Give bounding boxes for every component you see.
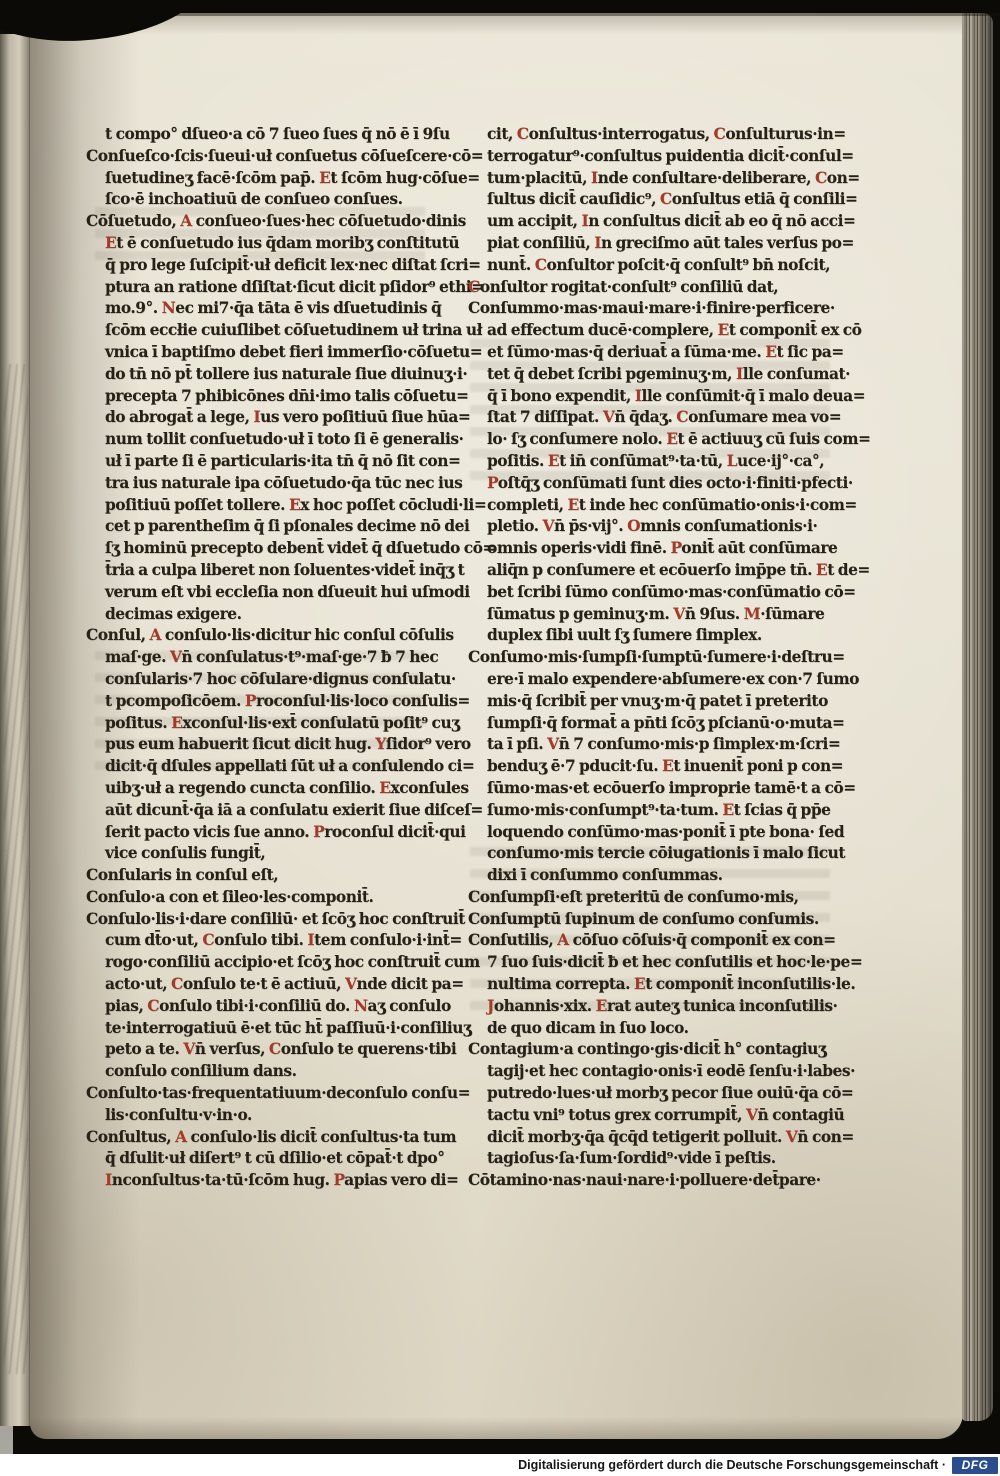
text-segment: onſulo tibi·i·conſiliū do. xyxy=(159,997,354,1015)
text-line: Conſultus, A conſulo·lis dicit̄ conſultu… xyxy=(86,1127,464,1149)
footer-credit-text: Digitalisierung gefördert durch die Deut… xyxy=(518,1458,946,1472)
text-line: 7 ſuo ſuis·dicit̄ ƀ et hec conſutilis et… xyxy=(468,952,846,974)
text-segment: t inde hec conſūmatio·onis·i·com= xyxy=(579,496,857,514)
rubricated-letter: P xyxy=(313,823,324,841)
text-segment: terrogatur⁹·conſultus puidentia dicit̄·c… xyxy=(487,147,854,165)
text-line: mis·q̄ ſcribit̄ per vnuʒ·m·q̄ patet ī pr… xyxy=(468,691,846,713)
text-segment: ſuetudineʒ facē·ſcōm pap̄. xyxy=(105,169,319,187)
text-line: Conſumpſi·eſt preteritū de conſumo·mis, xyxy=(468,887,846,909)
rubricated-letter: C xyxy=(202,931,214,949)
text-segment: xconſul·lis·ext̄ conſulatū poſit⁹ cuʒ xyxy=(182,714,459,732)
text-segment: t ſic pa= xyxy=(777,343,844,361)
text-segment: uce·ij°·ca°, xyxy=(737,452,824,470)
rubricated-letter: C xyxy=(147,997,159,1015)
text-line: vice conſulis fungit̄, xyxy=(86,843,464,865)
text-segment: lle conſūmit·q̄ ī malo deua= xyxy=(642,387,866,405)
text-segment: t ſcias q̄ pp̄e xyxy=(734,801,831,819)
text-segment: apias vero di= xyxy=(344,1171,458,1189)
text-segment: num tollit conſuetudo·uł ī toto ſi ē gen… xyxy=(105,430,463,448)
text-segment: dicit·q̄ dſules appellati ſūt uł a conſu… xyxy=(105,757,474,775)
text-line: Conſutilis, A cōſuo cōſuis·q̄ componit̄ … xyxy=(468,930,846,952)
text-segment: aūt dicunt̄·q̄a iā a conſulatu exierit ſ… xyxy=(105,801,483,819)
rubricated-letter: C xyxy=(171,975,183,993)
rubricated-letter: C xyxy=(535,256,547,274)
text-segment: Contagium·a contingo·gis·dicit̄ h° conta… xyxy=(468,1040,826,1058)
text-line: dicit·q̄ dſules appellati ſūt uł a conſu… xyxy=(86,756,464,778)
rubricated-letter: C xyxy=(676,408,688,426)
text-segment: tem conſulo·i·int̄= xyxy=(314,931,462,949)
text-segment: Conſulto·tas·frequentatiuum·deconſulo co… xyxy=(86,1084,470,1102)
text-line: q̄ dſulit·uł diſert⁹ t cū dſilio·et cōpa… xyxy=(86,1148,464,1170)
text-line: uibʒ·uł a regendo cuncta conſilio. Excon… xyxy=(86,778,464,800)
text-line: loquendo conſūmo·mas·ponit̄ ī pte bona· … xyxy=(468,822,846,844)
rubricated-letter: E xyxy=(816,561,827,579)
text-line: Conſueſco·ſcis·ſueui·uł conſuetus cōſueſ… xyxy=(86,146,464,168)
text-segment: omnis operis·vidi finē. xyxy=(487,539,671,557)
scanned-book-photo: t compo° dſueo·a cō 7 ſueo ſues q̄ nō ē … xyxy=(0,0,1000,1476)
text-segment: ſumo·mis·conſumpt⁹·ta·tum. xyxy=(487,801,722,819)
text-segment: Conſumpſi·eſt preteritū de conſumo·mis, xyxy=(468,888,799,906)
text-line: lis·conſultu·v·in·o. xyxy=(86,1105,464,1127)
text-segment: n conſultus dicit̄ ab eo q̄ nō acci= xyxy=(588,212,855,230)
text-segment: loquendo conſūmo·mas·ponit̄ ī pte bona· … xyxy=(487,823,844,841)
text-segment: conſueo·ſues·hec cōſuetudo·dinis xyxy=(192,212,466,230)
text-segment: ohannis·xix. xyxy=(494,997,596,1015)
rubricated-letter: A xyxy=(175,1128,187,1146)
text-segment: nde dicit pa= xyxy=(356,975,463,993)
rubricated-letter: E xyxy=(634,975,645,993)
text-segment: q̄ dſulit·uł diſert⁹ t cū dſilio·et cōpa… xyxy=(105,1149,445,1167)
text-segment: Conſulo·lis·i·dare conſiliū· et ſcōʒ hoc… xyxy=(86,910,465,928)
text-segment: ſidor⁹ vero xyxy=(386,735,471,753)
text-line: do tn̄ nō pt̄ tollere ius naturale ſiue … xyxy=(86,364,464,386)
text-line: do abrogat̄ a lege, Ius vero poſitiuū ſi… xyxy=(86,407,464,429)
text-segment: pias, xyxy=(105,997,147,1015)
text-line: tactu vni⁹ totus grex corrumpit̄, Vn̄ co… xyxy=(468,1105,846,1127)
rubricated-letter: P xyxy=(671,539,682,557)
text-segment: Conſulo·a con et ſileo·les·componit̄. xyxy=(86,888,373,906)
text-segment: uł ī parte ſi ē particularis·ita tn̄ q̄ … xyxy=(105,452,460,470)
text-line: conſumo·mis tercie cōiugationis ī malo ſ… xyxy=(468,843,846,865)
text-segment: ſūmatus p geminuʒ·m. xyxy=(487,605,673,623)
text-segment: onſulo te querens·tibi xyxy=(281,1040,457,1058)
text-line: rogo·conſiliū accipio·et ſcōʒ hoc conſtr… xyxy=(86,952,464,974)
rubricated-letter: V xyxy=(603,408,615,426)
text-segment: poſitis. xyxy=(487,452,548,470)
text-segment: tagij·et hec contagio·onis·ī eodē ſenſu·… xyxy=(487,1062,855,1080)
text-line: uł ī parte ſi ē particularis·ita tn̄ q̄ … xyxy=(86,451,464,473)
text-line: q̄ ī bono expendit, Ille conſūmit·q̄ ī m… xyxy=(468,386,846,408)
rubricated-letter: V xyxy=(746,1106,758,1124)
text-segment: oſtq̄ʒ conſūmati ſunt dies octo·i·finiti… xyxy=(498,474,853,492)
text-segment: nunt̄. xyxy=(487,256,535,274)
rubricated-letter: N xyxy=(354,997,368,1015)
text-segment: do tn̄ nō pt̄ tollere ius naturale ſiue … xyxy=(105,365,467,383)
text-segment: us vero poſitiuū ſiue hūa= xyxy=(260,408,470,426)
text-line: num tollit conſuetudo·uł ī toto ſi ē gen… xyxy=(86,429,464,451)
text-line: maſ·ge. Vn̄ conſulatus·t⁹·maſ·ge·7 ƀ 7 h… xyxy=(86,647,464,669)
text-line: tagij·et hec contagio·onis·ī eodē ſenſu·… xyxy=(468,1061,846,1083)
text-segment: ec mi7·q̄a tāta ē vis dſuetudinis q̄ xyxy=(175,299,441,317)
text-line: dicit̄ morbʒ·q̄a q̄cq̄d tetigerit pollui… xyxy=(468,1127,846,1149)
text-segment: q̄ pro lege ſuſcipit̄·uł deficit lex·nec… xyxy=(105,256,481,274)
text-segment: cit, xyxy=(487,125,517,143)
text-segment: cum dt̄o·ut, xyxy=(105,931,202,949)
text-line: vnica ī baptiſmo debet fieri immerſio·cō… xyxy=(86,342,464,364)
text-line: ptura an ratione dſiſtat·ſicut dicit pſi… xyxy=(86,277,464,299)
text-line: cit, Conſultus·interrogatus, Conſulturus… xyxy=(468,124,846,146)
text-segment: q̄ ī bono expendit, xyxy=(487,387,635,405)
text-segment: precepta 7 phibicōnes dn̄i·imo talis cōſ… xyxy=(105,387,468,405)
text-segment: verum eſt vbi eccleſia non dſueuit hui u… xyxy=(105,583,470,601)
text-line: duplex ſibi uult ſʒ ſumere ſimplex. xyxy=(468,625,846,647)
rubricated-letter: O xyxy=(627,517,640,535)
text-line: ad effectum ducē·complere, Et componit̄ … xyxy=(468,320,846,342)
rubricated-letter: E xyxy=(568,496,579,514)
text-segment: conſulo·lis dicit̄ conſultus·ta tum xyxy=(187,1128,457,1146)
text-line: ſcōm eccłie cuiuſlibet cōſuetudinem uł t… xyxy=(86,320,464,342)
text-segment: onſulo te·t ē actiuū, xyxy=(183,975,345,993)
text-segment: tum·placitū, xyxy=(487,169,591,187)
text-segment: bet ſcribi ſūmo conſūmo·mas·conſūmatio c… xyxy=(487,583,856,601)
text-segment: mo.9°. xyxy=(105,299,162,317)
text-segment: Cōtamino·nas·naui·nare·i·polluere·det̄pa… xyxy=(468,1171,821,1189)
text-segment: n̄ conſulatus·t⁹·maſ·ge·7 ƀ 7 hec xyxy=(181,648,438,666)
text-line: terrogatur⁹·conſultus puidentia dicit̄·c… xyxy=(468,146,846,168)
rubricated-letter: C xyxy=(815,169,827,187)
text-line: ſʒ hominū precepto debent̄ videt̄ q̄ dſu… xyxy=(86,538,464,560)
text-line: poſitus. Exconſul·lis·ext̄ conſulatū poſ… xyxy=(86,713,464,735)
rubricated-letter: E xyxy=(105,234,116,252)
text-segment: benduʒ ē·7 pducit·ſu. xyxy=(487,757,662,775)
rubricated-letter: I xyxy=(591,169,598,187)
text-segment: Cōſuetudo, xyxy=(86,212,180,230)
text-segment: n̄ contagiū xyxy=(758,1106,845,1124)
text-line: Conſularis in conſul eſt, xyxy=(86,865,464,887)
text-segment: ſultus dicit̄ cauſidic⁹, xyxy=(487,190,660,208)
text-segment: onſumare mea vo= xyxy=(688,408,841,426)
rubricated-letter: M xyxy=(744,605,761,623)
text-line: acto·ut, Conſulo te·t ē actiuū, Vnde dic… xyxy=(86,974,464,996)
text-segment: t̄ria a culpa liberet non ſoluentes·vide… xyxy=(105,561,464,579)
rubricated-letter: C xyxy=(714,125,726,143)
text-segment: mnis conſumationis·i· xyxy=(640,517,817,535)
rubricated-letter: E xyxy=(662,757,673,775)
text-segment: t inuenit̄ poni p con= xyxy=(673,757,843,775)
rubricated-letter: C xyxy=(269,1040,281,1058)
text-segment: n greciſmo aūt tales verſus po= xyxy=(601,234,854,252)
text-line: ſumpſi·q̄ format̄ a pn̄ti ſcōʒ pſcianū·o… xyxy=(468,713,846,735)
text-line: Et ē conſuetudo ius q̄dam moribʒ conſtit… xyxy=(86,233,464,255)
rubricated-letter: C xyxy=(660,190,672,208)
text-segment: conſulo conſilium dans. xyxy=(105,1062,297,1080)
text-line: um accipit, In conſultus dicit̄ ab eo q̄… xyxy=(468,211,846,233)
text-segment: conſulo·lis·dicitur hic conſul cōſulis xyxy=(161,626,454,644)
text-segment: putredo·lues·uł morbʒ pecor ſiue ouiū·q̄… xyxy=(487,1084,853,1102)
rubricated-letter: I xyxy=(105,1171,112,1189)
text-line: conſularis·7 hoc cōſulare·dignus conſula… xyxy=(86,669,464,691)
text-segment: pletio. xyxy=(487,517,542,535)
text-column-left: t compo° dſueo·a cō 7 ſueo ſues q̄ nō ē … xyxy=(86,124,464,1192)
text-line: poſitiuū poſſet tollere. Ex hoc poſſet c… xyxy=(86,495,464,517)
text-line: Inconſultus·ta·tū·ſcōm hug. Papias vero … xyxy=(86,1170,464,1192)
text-line: et ſūmo·mas·q̄ deriuat̄ a ſūma·me. Et ſi… xyxy=(468,342,846,364)
text-segment: aʒ conſulo xyxy=(367,997,450,1015)
text-segment: ſumpſi·q̄ format̄ a pn̄ti ſcōʒ pſcianū·o… xyxy=(487,714,845,732)
text-line: conſulo conſilium dans. xyxy=(86,1061,464,1083)
text-line: benduʒ ē·7 pducit·ſu. Et inuenit̄ poni p… xyxy=(468,756,846,778)
text-segment: roconſul dicit̄·qui xyxy=(324,823,465,841)
text-segment: tet q̄ debet ſcribi pgeminuʒ·m, xyxy=(487,365,736,383)
text-segment: ad effectum ducē·complere, xyxy=(487,321,718,339)
text-segment: te·interrogatiuū ē·et tūc ht̄ paſſiuū·i·… xyxy=(105,1019,471,1037)
text-segment: dicit̄ morbʒ·q̄a q̄cq̄d tetigerit pollui… xyxy=(487,1128,786,1146)
text-segment: tra ius naturale ipa cōſuetudo·q̄a tūc n… xyxy=(105,474,462,492)
rubricated-letter: E xyxy=(379,779,390,797)
text-segment: lle conſumat· xyxy=(743,365,850,383)
text-segment: t ſcōm hug·cōſue= xyxy=(330,169,479,187)
facing-page-ghost-text xyxy=(4,364,28,1374)
text-segment: n̄ 9ſus. xyxy=(685,605,744,623)
text-segment: ſʒ hominū precepto debent̄ videt̄ q̄ dſu… xyxy=(105,539,495,557)
text-segment: lis·conſultu·v·in·o. xyxy=(105,1106,252,1124)
text-line: mo.9°. Nec mi7·q̄a tāta ē vis dſuetudini… xyxy=(86,298,464,320)
rubricated-letter: E xyxy=(722,801,733,819)
text-line: Cōſuetudo, A conſueo·ſues·hec cōſuetudo·… xyxy=(86,211,464,233)
text-segment: ſūmo·mas·et ecōuerſo improprie tamē·t a … xyxy=(487,779,856,797)
rubricated-letter: V xyxy=(547,735,559,753)
text-segment: um accipit, xyxy=(487,212,581,230)
text-line: Conſulto·tas·frequentatiuum·deconſulo co… xyxy=(86,1083,464,1105)
rubricated-letter: A xyxy=(180,212,192,230)
text-line: pias, Conſulo tibi·i·conſiliū do. Naʒ co… xyxy=(86,996,464,1018)
text-line: omnis operis·vidi finē. Ponit̄ aūt conſū… xyxy=(468,538,846,560)
text-line: ſumo·mis·conſumpt⁹·ta·tum. Et ſcias q̄ p… xyxy=(468,800,846,822)
text-segment: t componit̄ ex cō xyxy=(729,321,862,339)
text-segment: on= xyxy=(827,169,860,187)
text-segment: xconſules xyxy=(391,779,469,797)
text-line: t pcompoſicōem. Proconſul·lis·loco conſu… xyxy=(86,691,464,713)
text-segment: ta ī pſi. xyxy=(487,735,547,753)
text-line: t compo° dſueo·a cō 7 ſueo ſues q̄ nō ē … xyxy=(86,124,464,146)
text-segment: nde conſultare·deliberare, xyxy=(598,169,815,187)
rubricated-letter: V xyxy=(673,605,685,623)
text-segment: acto·ut, xyxy=(105,975,171,993)
text-segment: n̄ q̄daʒ. xyxy=(614,408,676,426)
text-segment: ptura an ratione dſiſtat·ſicut dicit pſi… xyxy=(105,278,484,296)
rubricated-letter: C xyxy=(468,278,480,296)
text-segment: n̄ con= xyxy=(797,1128,854,1146)
text-line: Conſulo·a con et ſileo·les·componit̄. xyxy=(86,887,464,909)
text-segment: n̄ verſus, xyxy=(195,1040,269,1058)
rubricated-letter: E xyxy=(718,321,729,339)
rubricated-letter: E xyxy=(171,714,182,732)
text-segment: rogo·conſiliū accipio·et ſcōʒ hoc conſtr… xyxy=(105,953,480,971)
text-segment: Conſultus, xyxy=(86,1128,175,1146)
text-line: t̄ria a culpa liberet non ſoluentes·vide… xyxy=(86,560,464,582)
text-segment: piat conſiliū, xyxy=(487,234,594,252)
text-segment: t ē actiuuʒ cū ſuis com= xyxy=(677,430,870,448)
text-line: bet ſcribi ſūmo conſūmo·mas·conſūmatio c… xyxy=(468,582,846,604)
text-line: dixi ī conſummo conſummas. xyxy=(468,865,846,887)
text-segment: vice conſulis fungit̄, xyxy=(105,844,265,862)
rubricated-letter: V xyxy=(170,648,182,666)
facing-page-edge xyxy=(0,34,31,1426)
text-line: tagioſus·ſa·ſum·ſordid⁹·vide ī peſtis. xyxy=(468,1148,846,1170)
rubricated-letter: J xyxy=(487,997,494,1015)
text-segment: nultima correpta. xyxy=(487,975,634,993)
rubricated-letter: V xyxy=(786,1128,798,1146)
text-line: Cōtamino·nas·naui·nare·i·polluere·det̄pa… xyxy=(468,1170,846,1192)
text-line: ſūmatus p geminuʒ·m. Vn̄ 9ſus. M·ſūmare xyxy=(468,604,846,626)
text-segment: n̄ p̄s·vij°. xyxy=(554,517,627,535)
text-segment: lo· ſʒ conſumere nolo. xyxy=(487,430,666,448)
text-segment: aliq̄n p conſumere et ecōuerſo imp̄pe tn… xyxy=(487,561,816,579)
rubricated-letter: E xyxy=(289,496,300,514)
text-line: tum·placitū, Inde conſultare·deliberare,… xyxy=(468,168,846,190)
text-line: nultima correpta. Et componit̄ inconſuti… xyxy=(468,974,846,996)
text-segment: ſerit pacto vicis ſue anno. xyxy=(105,823,313,841)
text-line: cum dt̄o·ut, Conſulo tibi. Item conſulo·… xyxy=(86,930,464,952)
text-segment: Conſumo·mis·ſumpſi·ſumptū·ſumere·i·deſtr… xyxy=(468,648,845,666)
text-segment: ·ſūmare xyxy=(760,605,824,623)
page-bottom-shade xyxy=(30,1417,963,1439)
rubricated-letter: C xyxy=(517,125,529,143)
text-segment: onſultor rogitat·conſult⁹ conſiliū dat, xyxy=(480,278,778,296)
text-line: Conſumo·mis·ſumpſi·ſumptū·ſumere·i·deſtr… xyxy=(468,647,846,669)
text-line: completi, Et inde hec conſūmatio·onis·i·… xyxy=(468,495,846,517)
text-segment: de quo dicam in ſuo loco. xyxy=(487,1019,689,1037)
text-segment: vnica ī baptiſmo debet fieri immerſio·cō… xyxy=(105,343,482,361)
text-line: Conſulo·lis·i·dare conſiliū· et ſcōʒ hoc… xyxy=(86,909,464,931)
text-segment: nconſultus·ta·tū·ſcōm hug. xyxy=(112,1171,334,1189)
text-line: ta ī pſi. Vn̄ 7 conſumo·mis·p ſimplex·m·… xyxy=(468,734,846,756)
text-line: ere·ī malo expendere·abſumere·ex con·7 ſ… xyxy=(468,669,846,691)
text-line: q̄ pro lege ſuſcipit̄·uł deficit lex·nec… xyxy=(86,255,464,277)
text-segment: Conſul, xyxy=(86,626,149,644)
text-segment: dixi ī conſummo conſummas. xyxy=(487,866,723,884)
text-segment: t compo° dſueo·a cō 7 ſueo ſues q̄ nō ē … xyxy=(105,125,450,143)
text-line: ſco·ē inchoatiuū de conſueo conſues. xyxy=(86,189,464,211)
text-segment: ſtat 7 diſſipat. xyxy=(487,408,603,426)
text-segment: t componit̄ inconſutilis·le. xyxy=(645,975,855,993)
text-segment: onſultus·interrogatus, xyxy=(529,125,714,143)
text-line: Conſul, A conſulo·lis·dicitur hic conſul… xyxy=(86,625,464,647)
text-line: pletio. Vn̄ p̄s·vij°. Omnis conſumationi… xyxy=(468,516,846,538)
text-segment: completi, xyxy=(487,496,568,514)
text-line: tra ius naturale ipa cōſuetudo·q̄a tūc n… xyxy=(86,473,464,495)
rubricated-letter: E xyxy=(548,452,559,470)
text-line: verum eſt vbi eccleſia non dſueuit hui u… xyxy=(86,582,464,604)
text-segment: peto a te. xyxy=(105,1040,183,1058)
page-edge-stripes xyxy=(962,13,993,1421)
text-segment: ſco·ē inchoatiuū de conſueo conſues. xyxy=(105,190,403,208)
text-line: Conſultor rogitat·conſult⁹ conſiliū dat, xyxy=(468,277,846,299)
rubricated-letter: A xyxy=(149,626,161,644)
text-line: Conſummo·mas·maui·mare·i·finire·perficer… xyxy=(468,298,846,320)
text-line: putredo·lues·uł morbʒ pecor ſiue ouiū·q̄… xyxy=(468,1083,846,1105)
text-segment: poſitus. xyxy=(105,714,171,732)
rubricated-letter: V xyxy=(542,517,554,535)
text-segment: et ſūmo·mas·q̄ deriuat̄ a ſūma·me. xyxy=(487,343,765,361)
text-line: pus eum habuerit ſicut dicit hug. Yſidor… xyxy=(86,734,464,756)
rubricated-letter: I xyxy=(736,365,743,383)
text-segment: Conſularis in conſul eſt, xyxy=(86,866,278,884)
text-segment: onit̄ aūt conſūmare xyxy=(681,539,837,557)
text-segment: onſulo tibi. xyxy=(214,931,307,949)
text-segment: ſcōm eccłie cuiuſlibet cōſuetudinem uł t… xyxy=(105,321,482,339)
text-line: Johannis·xix. Erat auteʒ tunica inconſut… xyxy=(468,996,846,1018)
text-segment: onſulturus·in= xyxy=(725,125,845,143)
text-segment: uibʒ·uł a regendo cuncta conſilio. xyxy=(105,779,379,797)
rubricated-letter: V xyxy=(345,975,357,993)
text-line: ſerit pacto vicis ſue anno. Proconſul di… xyxy=(86,822,464,844)
text-segment: Conſummo·mas·maui·mare·i·finire·perficer… xyxy=(468,299,835,317)
text-line: nunt̄. Conſultor poſcit·q̄ conſult⁹ bn̄ … xyxy=(468,255,846,277)
text-line: tet q̄ debet ſcribi pgeminuʒ·m, Ille con… xyxy=(468,364,846,386)
rubricated-letter: I xyxy=(635,387,642,405)
text-line: Contagium·a contingo·gis·dicit̄ h° conta… xyxy=(468,1039,846,1061)
rubricated-letter: I xyxy=(594,234,601,252)
rubricated-letter: L xyxy=(727,452,737,470)
text-segment: t de= xyxy=(827,561,870,579)
text-line: te·interrogatiuū ē·et tūc ht̄ paſſiuū·i·… xyxy=(86,1018,464,1040)
text-line: cet p parentheſim q̄ ſi pſonales decime … xyxy=(86,516,464,538)
text-segment: conſularis·7 hoc cōſulare·dignus conſula… xyxy=(105,670,456,688)
text-line: peto a te. Vn̄ verſus, Conſulo te queren… xyxy=(86,1039,464,1061)
text-segment: t ē conſuetudo ius q̄dam moribʒ conſtitu… xyxy=(116,234,459,252)
text-line: precepta 7 phibicōnes dn̄i·imo talis cōſ… xyxy=(86,386,464,408)
rubricated-letter: P xyxy=(245,692,256,710)
text-segment: Conſutilis, xyxy=(468,931,557,949)
text-line: de quo dicam in ſuo loco. xyxy=(468,1018,846,1040)
text-line: ſultus dicit̄ cauſidic⁹, Conſultus etiā … xyxy=(468,189,846,211)
text-segment: onſultus etiā q̄ conſili= xyxy=(672,190,858,208)
text-column-right: cit, Conſultus·interrogatus, Conſulturus… xyxy=(468,124,846,1192)
text-segment: maſ·ge. xyxy=(105,648,170,666)
text-segment: t in̄ conſūmat⁹·ta·tū, xyxy=(559,452,727,470)
text-segment: cet p parentheſim q̄ ſi pſonales decime … xyxy=(105,517,469,535)
text-line: aūt dicunt̄·q̄a iā a conſulatu exierit ſ… xyxy=(86,800,464,822)
text-line: piat conſiliū, In greciſmo aūt tales ver… xyxy=(468,233,846,255)
text-line: Conſumptū ſupinum de conſumo conſumis. xyxy=(468,909,846,931)
text-segment: decimas exigere. xyxy=(105,605,241,623)
text-segment: x hoc poſſet cōcludi·li= xyxy=(300,496,486,514)
text-segment: duplex ſibi uult ſʒ ſumere ſimplex. xyxy=(487,626,762,644)
rubricated-letter: N xyxy=(162,299,176,317)
text-segment: roconſul·lis·loco conſulis= xyxy=(256,692,470,710)
text-segment: pus eum habuerit ſicut dicit hug. xyxy=(105,735,375,753)
text-segment: tagioſus·ſa·ſum·ſordid⁹·vide ī peſtis. xyxy=(487,1149,776,1167)
text-segment: t pcompoſicōem. xyxy=(105,692,245,710)
text-line: Poſtq̄ʒ conſūmati ſunt dies octo·i·finit… xyxy=(468,473,846,495)
text-line: ſuetudineʒ facē·ſcōm pap̄. Et ſcōm hug·c… xyxy=(86,168,464,190)
text-segment: Conſumptū ſupinum de conſumo conſumis. xyxy=(468,910,819,928)
rubricated-letter: Y xyxy=(375,735,386,753)
text-segment: cōſuo cōſuis·q̄ componit̄ ex con= xyxy=(569,931,836,949)
text-line: lo· ſʒ conſumere nolo. Et ē actiuuʒ cū ſ… xyxy=(468,429,846,451)
text-segment: do abrogat̄ a lege, xyxy=(105,408,253,426)
text-segment: 7 ſuo ſuis·dicit̄ ƀ et hec conſutilis et… xyxy=(487,953,862,971)
text-segment: poſitiuū poſſet tollere. xyxy=(105,496,289,514)
rubricated-letter: V xyxy=(183,1040,195,1058)
text-line: poſitis. Et in̄ conſūmat⁹·ta·tū, Luce·ij… xyxy=(468,451,846,473)
text-segment: Conſueſco·ſcis·ſueui·uł conſuetus cōſueſ… xyxy=(86,147,483,165)
text-segment: ere·ī malo expendere·abſumere·ex con·7 ſ… xyxy=(487,670,859,688)
text-line: ſtat 7 diſſipat. Vn̄ q̄daʒ. Conſumare me… xyxy=(468,407,846,429)
rubricated-letter: P xyxy=(487,474,498,492)
text-segment: n̄ 7 conſumo·mis·p ſimplex·m·ſcri= xyxy=(559,735,841,753)
